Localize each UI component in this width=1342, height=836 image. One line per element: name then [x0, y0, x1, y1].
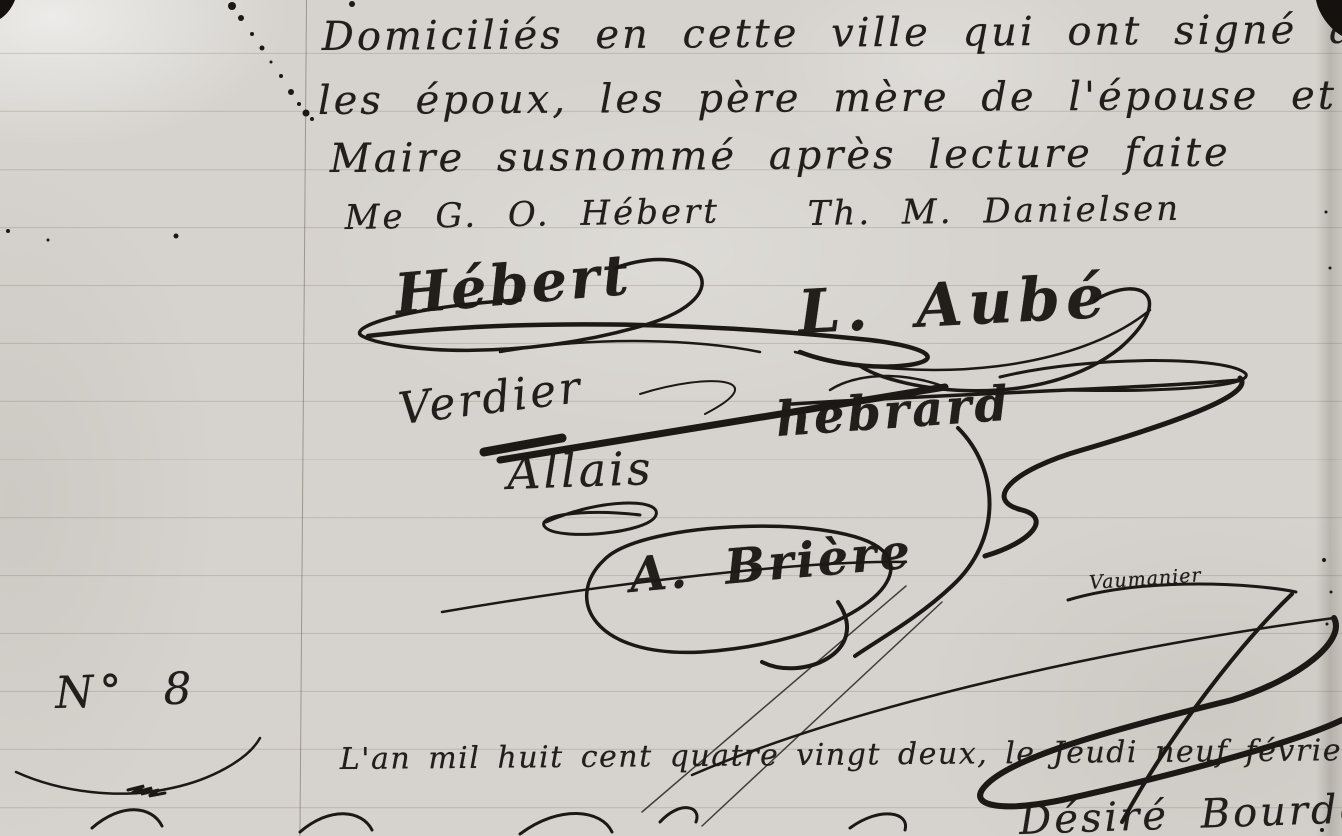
ink-spots [6, 1, 1333, 832]
page-gutter-shadow [1316, 0, 1342, 836]
partial-bottom-line: Désiré Bourdeau [1018, 784, 1342, 836]
signature-briere: A. Brière [627, 523, 915, 604]
signature-hebrard: hebrard [774, 376, 1013, 448]
flourish-overlay [0, 0, 1342, 836]
signature-verdier: Verdier [396, 362, 586, 435]
signature-vaumanier: Vaumanier [1088, 564, 1202, 594]
act-text-line: Domiciliés en cette ville qui ont signé … [322, 6, 1342, 60]
signature-hebert: Hébert [392, 242, 634, 328]
witness-name-hebert: Me G. O. Hébert [344, 191, 720, 238]
margin-flourish [16, 738, 260, 796]
margin-rule-line [299, 0, 307, 836]
act-text-line: les époux, les père mère de l'épouse et … [318, 72, 1342, 124]
cutoff-line-strokes [92, 808, 906, 834]
next-act-opening-line: L'an mil huit cent quatre vingt deux, le… [340, 731, 1342, 777]
register-page-scan: Domiciliés en cette ville qui ont signé … [0, 0, 1342, 836]
signature-aube: L. Aubé [796, 262, 1112, 348]
witness-name-danielsen: Th. M. Danielsen [807, 189, 1181, 234]
act-text-line: Maire susnommé après lecture faite [330, 130, 1231, 182]
signature-allais: Allais [506, 441, 654, 500]
entry-number: N° 8 [54, 663, 198, 719]
